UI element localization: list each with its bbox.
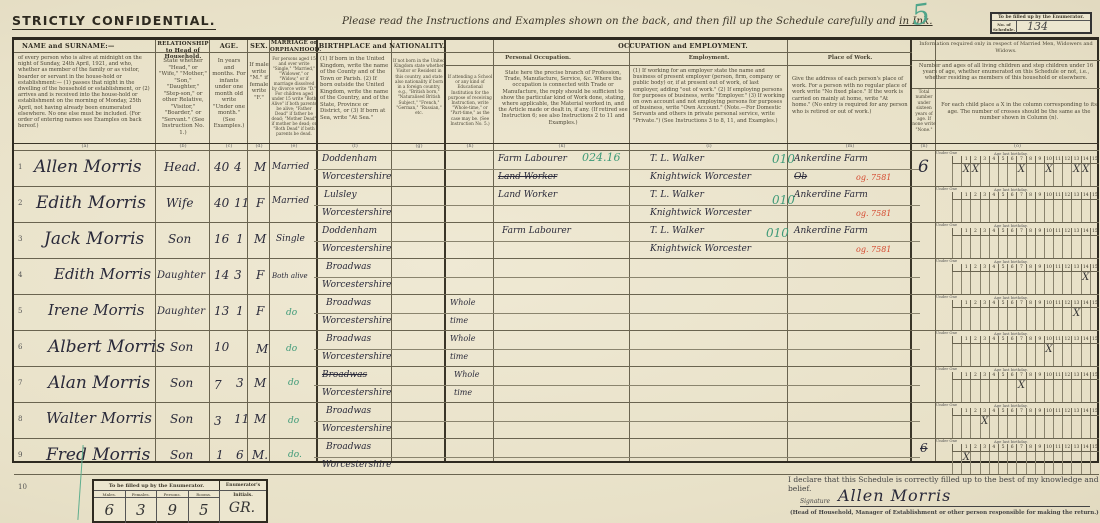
- header-age-title: AGE.: [210, 43, 248, 50]
- persons-label: Persons.: [157, 491, 189, 497]
- header-total-children-body: Total number under sixteen years of age.…: [912, 90, 936, 133]
- instruction-line: Please read the Instructions and Example…: [342, 15, 933, 27]
- place-of-work: Ankerdine Farm: [794, 190, 868, 200]
- col-letter: (a): [14, 143, 156, 150]
- employer-name: T. L. Walker: [650, 226, 704, 236]
- col-letter: (f): [318, 143, 392, 150]
- age-years: 14: [214, 268, 229, 282]
- header-divider: [912, 88, 1100, 89]
- header-children-title: Information required only in respect of …: [914, 41, 1098, 54]
- sex: M: [256, 342, 268, 356]
- school-attendance: Whole: [450, 298, 475, 307]
- schedule-box-label: No. of Schedule.: [992, 21, 1017, 33]
- school-attendance: time: [450, 352, 468, 361]
- birthplace-parish: Doddenham: [322, 226, 377, 236]
- employer-address: Knightwick Worcester: [650, 244, 751, 254]
- relationship: Head.: [164, 160, 200, 174]
- birthplace-parish: Broadwas: [322, 370, 367, 380]
- males-label: Males.: [94, 491, 126, 497]
- row-number: 3: [18, 235, 22, 243]
- child-age-grid: Under OneAge last birthday. 123456789101…: [934, 222, 1099, 258]
- birthplace-county: Worcestershire: [322, 280, 392, 290]
- age-years: 3: [214, 414, 222, 428]
- age-months: 11: [234, 412, 249, 426]
- females-count: 3: [126, 498, 158, 523]
- place-of-work: Ankerdine Farm: [794, 226, 868, 236]
- row-number: 1: [18, 163, 22, 171]
- age-months: 1: [236, 304, 244, 318]
- signature: Allen Morris: [838, 486, 951, 505]
- birthplace-parish: Lulsley: [324, 190, 357, 200]
- birthplace-parish: Doddenham: [322, 154, 377, 164]
- col-letter: (m): [788, 143, 912, 150]
- header-place-of-work-body: Give the address of each person's place …: [792, 76, 908, 115]
- sex: M.: [252, 448, 268, 462]
- row-number: 4: [18, 271, 22, 279]
- enumerator-box-title: To be filled up by the Enumerator.: [94, 481, 220, 490]
- col-letter: (n): [912, 143, 936, 150]
- person-name: Allen Morris: [34, 157, 142, 177]
- birthplace-county: Worcestershire: [322, 208, 392, 218]
- age-years: 13: [214, 304, 229, 318]
- birthplace-parish: Broadwas: [326, 298, 371, 308]
- relationship: Daughter: [157, 306, 205, 317]
- age-years: 40: [214, 160, 229, 174]
- header-age-body: In years and months. For infants under o…: [212, 58, 246, 130]
- relationship: Son: [168, 232, 191, 246]
- child-age-grid: Under OneAge last birthday. 123456789101…: [934, 294, 1099, 330]
- employer-address: Knightwick Worcester: [650, 172, 751, 182]
- birthplace-county: Worcestershire: [322, 316, 392, 326]
- place-code: og. 7581: [856, 173, 891, 182]
- header-divider: [446, 65, 912, 66]
- marital-status: do: [286, 344, 297, 354]
- age-months: 3: [236, 376, 244, 390]
- sex: M: [254, 412, 266, 426]
- header-school-body: If attending a School or any kind of Edu…: [447, 74, 493, 126]
- marital-status: Both alive: [272, 272, 308, 280]
- relationship: Son: [170, 340, 193, 354]
- place-struck: Ob: [794, 172, 807, 182]
- col-letter: (e): [270, 143, 318, 150]
- row-number: 7: [18, 379, 22, 387]
- marital-status: Married: [272, 162, 309, 172]
- birthplace-county: Worcestershire: [322, 424, 392, 434]
- occupation: Land Worker: [498, 190, 557, 200]
- marital-status: Single: [276, 234, 305, 244]
- sex: F: [256, 304, 264, 318]
- schedule-number: 134: [1017, 21, 1090, 33]
- person-name: Alan Morris: [48, 373, 150, 393]
- child-age-grid: Under OneAge last birthday. 123456789101…: [934, 438, 1099, 474]
- header-birthplace-title: BIRTHPLACE and NATIONALITY.: [318, 43, 446, 50]
- col-letter: (k): [494, 143, 630, 150]
- row-number: 5: [18, 307, 22, 315]
- child-age-grid: Under One Age last birthday. 12345678910…: [934, 150, 1099, 186]
- marital-status: do: [288, 378, 299, 388]
- birthplace-parish: Broadwas: [326, 442, 371, 452]
- enumerator-initials-label: Enumerator's Initials.: [220, 481, 266, 490]
- header-divider: [912, 60, 1100, 61]
- grid-under-one-label: Under One: [936, 151, 957, 155]
- signature-label: Signature: [800, 498, 830, 505]
- relationship: Daughter: [157, 270, 205, 281]
- employer-name: T. L. Walker: [650, 154, 704, 164]
- persons-count: 9: [157, 498, 189, 523]
- header-sex-title: SEX.: [248, 43, 270, 50]
- header-relationship-body: State whether "Head," or "Wife," "Mother…: [158, 58, 208, 136]
- header-personal-occupation-body: State here the precise branch of Profess…: [498, 70, 628, 126]
- marital-status: do: [286, 308, 297, 318]
- col-letter: (g): [392, 143, 446, 150]
- census-form-table: NAME and SURNAME:— of every person who i…: [12, 37, 1099, 463]
- age-months: 11: [234, 196, 249, 210]
- confidential-label: STRICTLY CONFIDENTIAL.: [12, 13, 216, 30]
- col-letter: (c): [210, 143, 248, 150]
- occupation-struck: Land Worker: [498, 172, 557, 182]
- relationship: Son: [170, 448, 193, 462]
- place-code: og. 7581: [856, 209, 891, 218]
- signature-caption: (Head of Household, Manager of Establish…: [790, 510, 1099, 516]
- relationship: Wife: [166, 196, 194, 210]
- employer-code: 010: [772, 193, 795, 207]
- person-name: Albert Morris: [48, 337, 165, 357]
- school-attendance: Whole: [454, 370, 479, 379]
- school-attendance: time: [454, 388, 472, 397]
- age-months: 1: [236, 232, 244, 246]
- header-children-body: Number and ages of all living children a…: [916, 63, 1096, 81]
- header-place-of-work-title: Place of Work.: [788, 55, 912, 62]
- marital-status: Married: [272, 196, 309, 206]
- header-name-title: NAME and SURNAME:—: [16, 43, 154, 50]
- col-letter: (h): [446, 143, 494, 150]
- person-name: Fred Morris: [46, 445, 150, 465]
- row-number: 9: [18, 451, 22, 459]
- person-name: Irene Morris: [48, 301, 145, 319]
- header-cross-body: For each child place a X in the column c…: [940, 102, 1098, 122]
- child-age-grid: Under OneAge last birthday. 123456789101…: [934, 186, 1099, 222]
- males-count: 6: [94, 498, 126, 523]
- age-years: 10: [214, 340, 229, 354]
- person-name: Edith Morris: [36, 193, 146, 213]
- header-marriage-body: For persons aged 15 and over write "Sing…: [271, 56, 317, 136]
- person-name: Edith Morris: [54, 265, 151, 283]
- header-employment-title: Employment.: [630, 55, 788, 62]
- place-of-work: Ankerdine Farm: [794, 154, 868, 164]
- birthplace-parish: Broadwas: [326, 262, 371, 272]
- row-number: 10: [18, 483, 27, 491]
- marital-status: do.: [288, 450, 302, 460]
- header-name-body: of every person who is alive at midnight…: [18, 55, 152, 129]
- age-months: 6: [236, 448, 244, 462]
- occupation: Farm Labourer: [502, 226, 571, 236]
- age-months: 4: [234, 160, 242, 174]
- child-age-grid: Under OneAge last birthday. 123456789101…: [934, 258, 1099, 294]
- age-years: 7: [214, 378, 222, 392]
- census-schedule-page: STRICTLY CONFIDENTIAL. Please read the I…: [0, 0, 1100, 523]
- rooms-count: 5: [189, 498, 221, 523]
- header-sex-body: If male write "M." if female write "F.": [249, 62, 269, 101]
- child-age-grid: Under OneAge last birthday. 123456789101…: [934, 402, 1099, 438]
- school-attendance: Whole: [450, 334, 475, 343]
- row-number: 8: [18, 415, 22, 423]
- birthplace-parish: Broadwas: [326, 334, 371, 344]
- col-letter: (l): [630, 143, 788, 150]
- header-divider: [318, 52, 446, 53]
- sex: M: [254, 376, 266, 390]
- handwritten-page-number: 5: [910, 0, 932, 32]
- females-label: Females.: [126, 491, 158, 497]
- sex: M: [254, 160, 266, 174]
- birthplace-county: Worcestershire: [322, 388, 392, 398]
- total-children: 6: [918, 157, 929, 177]
- schedule-number-box: To be filled up by the Enumerator. No. o…: [990, 12, 1092, 34]
- birthplace-county: Worcestershire: [322, 460, 392, 470]
- relationship: Son: [170, 412, 193, 426]
- header-marriage-title: MARRIAGE or ORPHANHOOD.: [270, 40, 318, 53]
- child-age-grid: Under OneAge last birthday. 123456789101…: [934, 366, 1099, 402]
- child-age-grid: Under OneAge last birthday. 123456789101…: [934, 330, 1099, 366]
- instruction-text: Please read the Instructions and Example…: [342, 15, 899, 27]
- birthplace-county: Worcestershire: [322, 352, 392, 362]
- age-years: 40: [214, 196, 229, 210]
- rooms-label: Rooms.: [189, 491, 221, 497]
- sex: F: [256, 268, 264, 282]
- person-name: Jack Morris: [44, 229, 144, 249]
- sex: M: [254, 232, 266, 246]
- employer-name: T. L. Walker: [650, 190, 704, 200]
- row-number: 6: [18, 343, 22, 351]
- person-name: Walter Morris: [46, 409, 152, 427]
- col-letter: (o): [936, 143, 1099, 150]
- marital-status: do: [288, 416, 299, 426]
- employer-code: 010: [766, 226, 789, 240]
- sex: F: [256, 196, 264, 210]
- header-employment-body: (1) If working for an employer state the…: [633, 68, 786, 124]
- employer-address: Knightwick Worcester: [650, 208, 751, 218]
- employer-code: 010: [772, 152, 795, 166]
- birthplace-county: Worcestershire: [322, 244, 392, 254]
- enumerator-initials: GR.: [218, 491, 266, 523]
- enumerator-box: To be filled up by the Enumerator. Enume…: [92, 479, 268, 523]
- occupation: Farm Labourer: [498, 154, 567, 164]
- age-years: 16: [214, 232, 229, 246]
- header-divider: [446, 52, 912, 53]
- occupation-code: 024.16: [582, 151, 621, 164]
- col-letter: (b): [156, 143, 210, 150]
- col-letter: (d): [248, 143, 270, 150]
- birthplace-parish: Broadwas: [326, 406, 371, 416]
- age-months: 3: [234, 268, 242, 282]
- birthplace-county: Worcestershire: [322, 172, 392, 182]
- header-birthplace-body: (1) If born in the United Kingdom, write…: [320, 56, 390, 121]
- school-attendance: time: [450, 316, 468, 325]
- row-number: 2: [18, 199, 22, 207]
- relationship: Son: [170, 376, 193, 390]
- header-personal-occupation-title: Personal Occupation.: [446, 55, 630, 62]
- header-nationality-body: If not born in the United Kingdom state …: [393, 58, 445, 115]
- place-code: og. 7581: [856, 245, 891, 254]
- total-children-struck: 6: [920, 441, 928, 455]
- age-years: 1: [216, 448, 224, 462]
